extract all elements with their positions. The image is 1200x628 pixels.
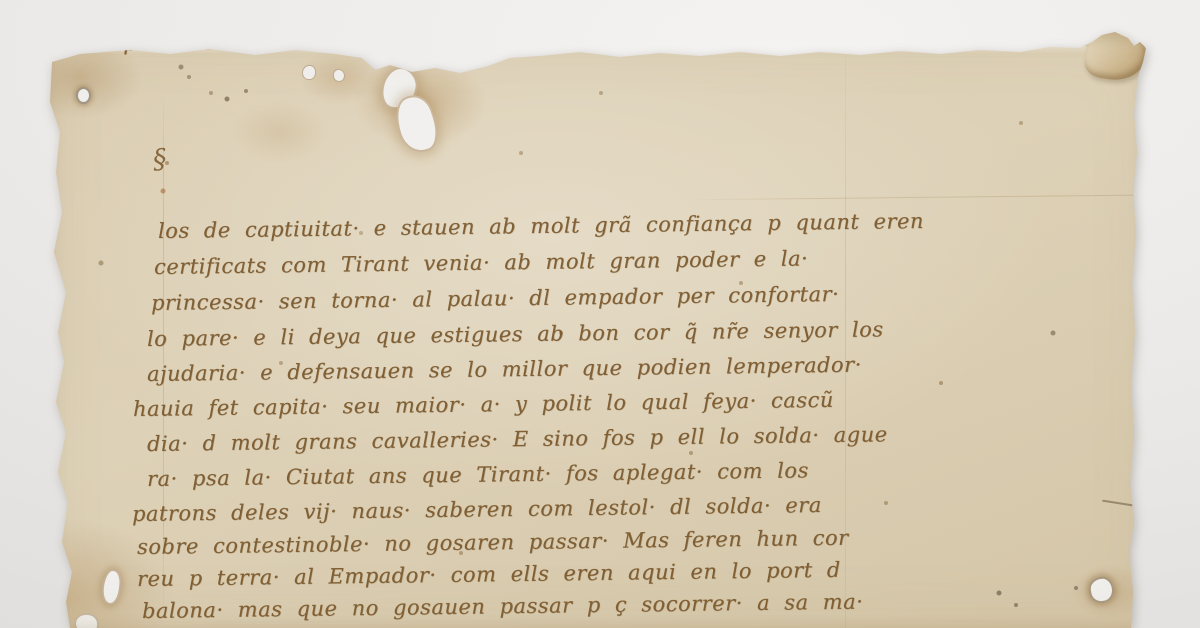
photo-backdrop: § los de captiuitat· e stauen ab molt gr… bbox=[0, 0, 1200, 628]
text-line: dia· d molt grans cavalleries· E sino fo… bbox=[147, 422, 888, 456]
text-line: ajudaria· e defensauen se lo millor que … bbox=[147, 353, 862, 386]
text-line: gestat p dubte dl estol dels moros qui e… bbox=[40, 22, 776, 56]
text-line: balona· mas que no gosauen passar p ç so… bbox=[142, 590, 864, 623]
manuscript-page: § los de captiuitat· e stauen ab molt gr… bbox=[0, 0, 1200, 628]
text-line: certificats com Tirant venia· ab molt gr… bbox=[154, 246, 809, 279]
foxing-speckles bbox=[40, 32, 42, 34]
text-line: reu p terra· al Empador· com ells eren a… bbox=[137, 558, 841, 591]
text-line: los de captiuitat· e stauen ab molt grã … bbox=[158, 209, 924, 243]
handwritten-text-block: § los de captiuitat· e stauen ab molt gr… bbox=[40, 32, 1155, 628]
text-line: lo pare· e li deya que estigues ab bon c… bbox=[147, 317, 884, 351]
paper-sheet: § los de captiuitat· e stauen ab molt gr… bbox=[40, 32, 1155, 628]
text-line: patrons deles vij· naus· saberen com les… bbox=[132, 493, 822, 526]
paragraph-mark: § bbox=[152, 144, 168, 176]
text-line: ra· psa la· Ciutat ans que Tirant· fos a… bbox=[147, 458, 809, 491]
text-line: hauia fet capita· seu maior· a· y polit … bbox=[133, 388, 834, 421]
text-line: princessa· sen torna· al palau· dl empad… bbox=[151, 282, 840, 315]
text-line: sobre contestinoble· no gosaren passar· … bbox=[137, 526, 849, 559]
